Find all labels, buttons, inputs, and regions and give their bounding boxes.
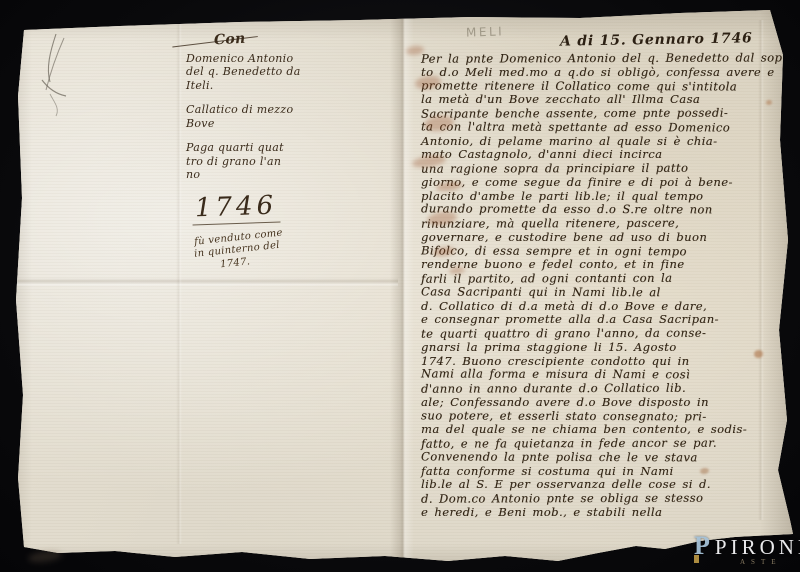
watermark-brand: PIRONE (715, 534, 800, 560)
docket-line: Bove (186, 117, 304, 131)
date-heading: A di 15. Gennaro 1746 (560, 29, 753, 50)
manuscript-line: rinunziare, mà quella ritenere, pascere, (421, 216, 793, 231)
pen-trial-marks (26, 30, 96, 120)
auction-watermark: P PIRONE ASTE (694, 532, 800, 560)
manuscript-line: gnarsi la prima staggione li 15. Agosto (421, 341, 793, 355)
watermark-tagline: ASTE (740, 558, 782, 566)
vertical-crease-left (176, 24, 182, 544)
manuscript-line: suo potere, et esserli stato consegnato;… (421, 409, 793, 424)
docket-line: Iteli. (186, 79, 304, 93)
manuscript-line: governare, e custodire bene ad uso di bu… (421, 231, 793, 245)
docket-line: Paga quarti quat (186, 141, 304, 155)
docket-note: ConDomenico Antoniodel q. Benedetto daIt… (186, 32, 304, 267)
pirone-logo-accent (694, 555, 699, 563)
manuscript-line: la metà d'un Bove zecchato all' Illma Ca… (421, 93, 793, 107)
docket-line: Domenico Antonio (186, 52, 304, 66)
docket-line: 1746 (191, 191, 280, 225)
manuscript-line: lib.le al S. E per osservanza delle cose… (421, 478, 793, 492)
manuscript-line: ma del quale se ne chiama ben contento, … (421, 423, 793, 437)
manuscript-line: Convenendo la pnte polisa che le ve stav… (421, 450, 793, 465)
manuscript-line: promette ritenere il Collatico come qui … (421, 79, 793, 94)
docket-line: Con (214, 30, 305, 48)
manuscript-line: Per la pnte Domenico Antonio del q. Bene… (421, 51, 793, 66)
manuscript-line: una ragione sopra da principiare il patt… (421, 161, 793, 176)
pencil-annotation: MELI (466, 24, 505, 39)
manuscript-line: ta con l'altra metà spettante ad esso Do… (421, 120, 793, 135)
manuscript-line: d'anno in anno durante d.o Collatico lib… (421, 381, 793, 396)
manuscript-line: e heredi, e Beni mob., e stabili nella (421, 506, 793, 520)
manuscript-line: d. Collatico di d.a metà di d.o Bove e d… (421, 300, 793, 314)
manuscript-line: Antonio, di pelame marino al quale si è … (421, 135, 793, 149)
manuscript-line: giorno, e come segue da finire e di poi … (421, 176, 793, 190)
docket-line: tro di grano l'an (186, 155, 304, 169)
manuscript-line: e consegnar promette alla d.a Casa Sacri… (421, 313, 793, 327)
manuscript-line: renderne buono e fedel conto, et in fine (421, 258, 793, 272)
manuscript-line: to d.o Meli med.mo a q.do si obligò, con… (421, 66, 793, 80)
manuscript-line: Bifolco, di essa sempre et in ogni tempo (421, 244, 793, 259)
manuscript-line: ale; Confessando avere d.o Bove disposto… (421, 396, 793, 410)
manuscript-line: te quarti quattro di grano l'anno, da co… (421, 326, 793, 341)
docket-line: del q. Benedetto da (186, 65, 304, 79)
manuscript-line: d. Dom.co Antonio pnte se obliga se stes… (421, 491, 793, 506)
docket-line: no (186, 168, 304, 182)
photo-background: ConDomenico Antoniodel q. Benedetto daIt… (0, 0, 800, 572)
manuscript-line: mato Castagnolo, d'anni dieci incirca (421, 148, 793, 162)
manuscript-body: Per la pnte Domenico Antonio del q. Bene… (421, 52, 793, 520)
center-fold (390, 14, 414, 558)
manuscript-sheet: ConDomenico Antoniodel q. Benedetto daIt… (0, 0, 800, 572)
horizontal-crease (16, 278, 398, 287)
docket-line: Callatico di mezzo (186, 103, 304, 117)
manuscript-line: fatta conforme si costuma qui in Nami (421, 465, 793, 479)
manuscript-line: Casa Sacripanti qui in Nami lib.le al (421, 285, 793, 300)
